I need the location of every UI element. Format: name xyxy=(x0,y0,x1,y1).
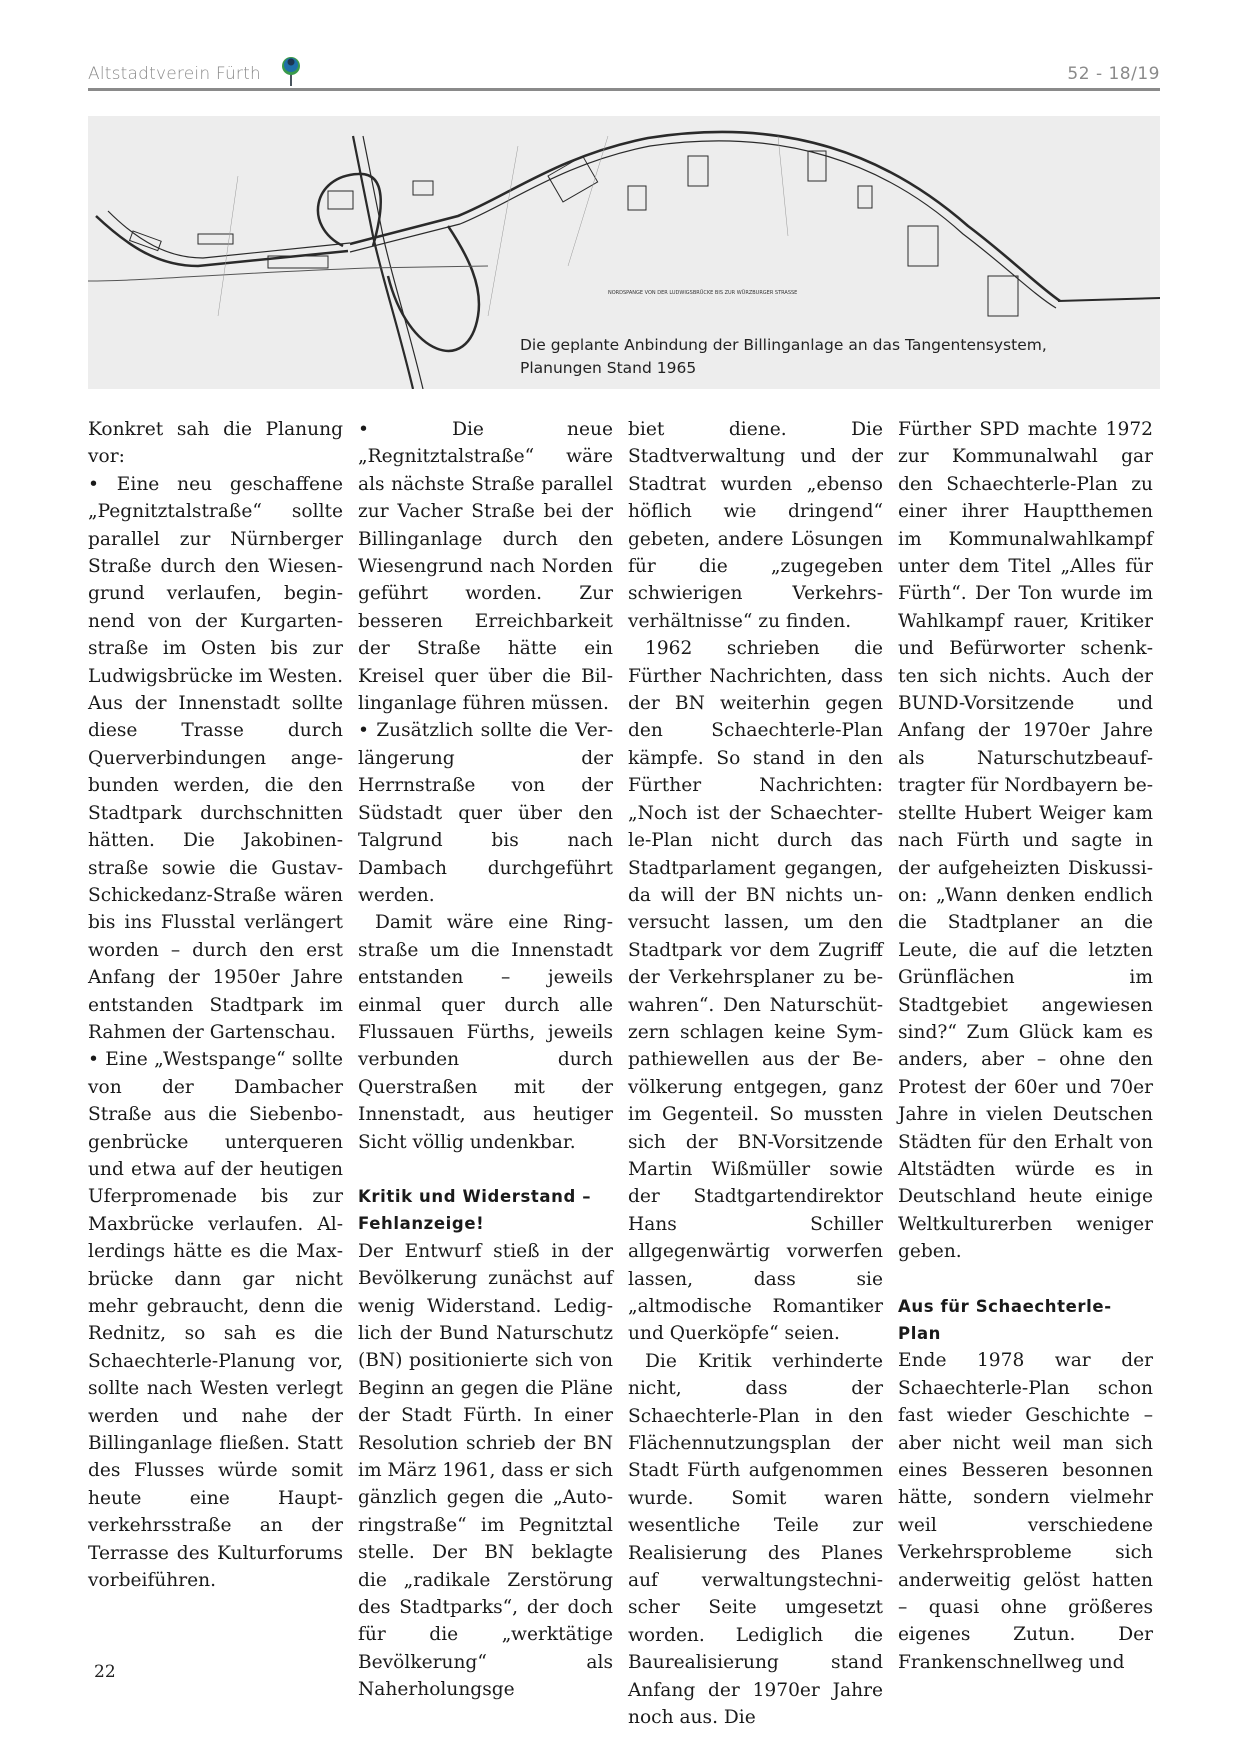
page-header: Altstadtverein Fürth 52 - 18/19 xyxy=(88,62,1160,91)
figure-caption: Die geplante Anbindung der Billinganlage… xyxy=(520,334,1140,380)
section-heading: Aus für Schaechterle-Plan xyxy=(898,1293,1153,1348)
paragraph: Fürther SPD machte 1972 zur Kommunalwahl… xyxy=(898,416,1153,1266)
paragraph: Konkret sah die Planung vor: xyxy=(88,416,343,471)
page-number: 22 xyxy=(94,1662,116,1682)
bullet-paragraph: Zusätzlich sollte die Ver­längerung der … xyxy=(358,717,613,909)
bullet-paragraph: Die neue „Regnitztalstra­ße“ wäre als nä… xyxy=(358,416,613,717)
text-column-3: biet diene. Die Stadtverwal­tung und der… xyxy=(628,416,883,1732)
paragraph: Ende 1978 war der Schaech­terle-Plan sch… xyxy=(898,1347,1153,1676)
paragraph: Damit wäre eine Ring­straße um die Innen… xyxy=(358,909,613,1156)
text-column-2: Die neue „Regnitztalstra­ße“ wäre als nä… xyxy=(358,416,613,1704)
map-figure: NORDSPANGE VON DER LUDWIGSBRÜCKE BIS ZUR… xyxy=(88,116,1160,389)
paragraph: Die Kritik verhinderte nicht, dass der S… xyxy=(628,1348,883,1732)
publication-title: Altstadtverein Fürth xyxy=(88,64,261,84)
tree-logo-icon xyxy=(280,56,302,86)
map-label: NORDSPANGE VON DER LUDWIGSBRÜCKE BIS ZUR… xyxy=(608,289,797,296)
text-column-1: Konkret sah die Planung vor:Eine neu ges… xyxy=(88,416,343,1594)
section-heading: Kritik und Widerstand – Fehlanzeige! xyxy=(358,1183,613,1238)
paragraph: Der Entwurf stieß in der Bevölkerung zun… xyxy=(358,1238,613,1704)
text-column-4: Fürther SPD machte 1972 zur Kommunalwahl… xyxy=(898,416,1153,1676)
paragraph: biet diene. Die Stadtverwal­tung und der… xyxy=(628,416,883,635)
paragraph: 1962 schrieben die Fürther Nachrichten, … xyxy=(628,635,883,1348)
issue-number: 52 - 18/19 xyxy=(1067,64,1160,84)
bullet-paragraph: Eine neu geschaffene „Pegnitztalstraße“ … xyxy=(88,471,343,1047)
bullet-paragraph: Eine „Westspange“ soll­te von der Dambac… xyxy=(88,1046,343,1594)
